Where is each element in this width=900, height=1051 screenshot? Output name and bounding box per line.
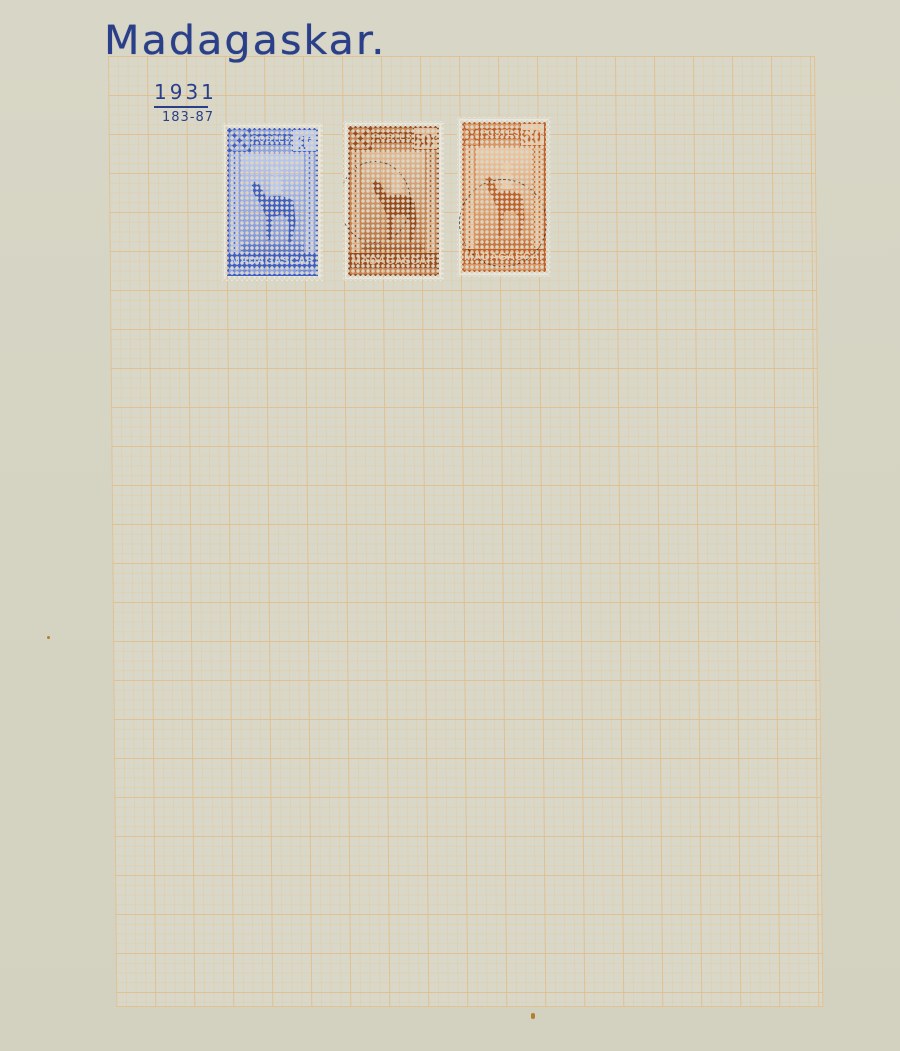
catalog-number-range: 183-87 xyxy=(162,110,214,125)
stamp-postes-label: POSTES xyxy=(480,128,520,139)
engraver-imprint: A. MIGNON xyxy=(295,268,312,274)
engraver-imprint: A. MIGNON xyxy=(416,268,433,274)
designer-imprint: H. CAYON S. xyxy=(354,268,372,274)
stamp-design: POSTES 50c MADAGASCAR H. CAYON S. A. MIG… xyxy=(348,126,439,276)
engraver-imprint: A. MIGNON xyxy=(523,264,540,270)
border-pattern-left xyxy=(352,150,360,254)
designer-imprint: H. CAYON S. xyxy=(468,264,486,270)
stamp-country-name: MADAGASCAR xyxy=(350,253,437,268)
stamp-imprint: H. CAYON S. A. MIGNON xyxy=(354,268,433,274)
issue-year: 1931 xyxy=(154,80,208,108)
stamp-denomination: 50c xyxy=(520,124,544,146)
stamp-country-name: MADAGASCAR xyxy=(229,253,316,268)
designer-imprint: H. CAYON S. xyxy=(233,268,251,274)
border-pattern-right xyxy=(427,150,435,254)
ornament-icon xyxy=(464,124,480,146)
stamp-country-name: MADAGASCAR xyxy=(464,249,544,264)
album-page: Madagaskar. 1931 183-87 POSTES 1F MADAGA… xyxy=(0,0,900,1051)
stamp-postes-label: POSTES xyxy=(372,132,413,143)
stamp-denomination: 1F xyxy=(292,130,316,152)
border-pattern-right xyxy=(306,152,314,254)
stamp-postes-label: POSTES xyxy=(251,134,292,145)
stamp-imprint: H. CAYON S. A. MIGNON xyxy=(468,264,540,270)
stamp-design: POSTES 50c MADAGASCAR H. CAYON S. A. MIG… xyxy=(462,122,546,272)
paper-speck xyxy=(531,1013,535,1019)
border-pattern-right xyxy=(534,146,542,250)
border-pattern-left xyxy=(231,152,239,254)
stamp-50c-orange-brown[interactable]: POSTES 50c MADAGASCAR H. CAYON S. A. MIG… xyxy=(457,117,551,277)
stamp-denomination: 50c xyxy=(413,128,437,150)
stamp-1f-blue[interactable]: POSTES 1F MADAGASCAR H. CAYON S. A. MIGN… xyxy=(222,123,323,281)
horseman-illustration-icon xyxy=(241,154,304,252)
horseman-illustration-icon xyxy=(476,148,532,248)
stamp-50c-brown[interactable]: POSTES 50c MADAGASCAR H. CAYON S. A. MIG… xyxy=(343,121,444,281)
ornament-icon xyxy=(229,130,251,152)
horseman-illustration-icon xyxy=(362,152,425,252)
stamp-design: POSTES 1F MADAGASCAR H. CAYON S. A. MIGN… xyxy=(227,128,318,276)
border-pattern-left xyxy=(466,146,474,250)
stamp-imprint: H. CAYON S. A. MIGNON xyxy=(233,268,312,274)
ornament-icon xyxy=(350,128,372,150)
page-title: Madagaskar. xyxy=(104,18,386,64)
paper-speck xyxy=(47,636,50,639)
